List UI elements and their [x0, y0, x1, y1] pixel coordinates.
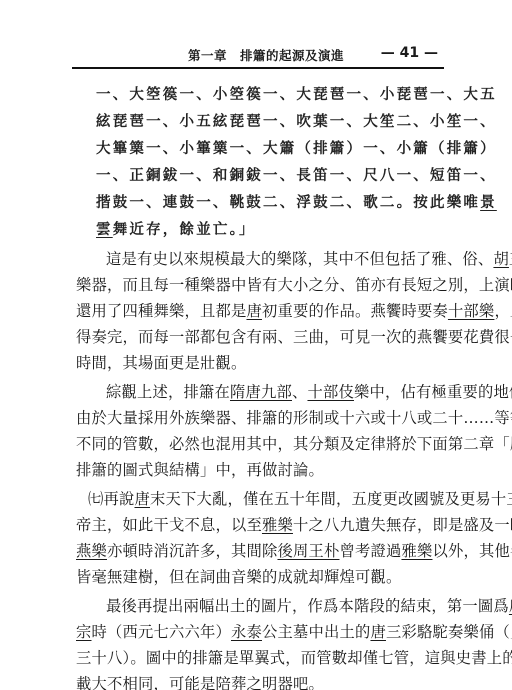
chapter-title: 第一章 排簫的起源及演進 [188, 46, 344, 64]
p3-line-1: ㈦再說唐末天下大亂，僅在五十年間，五度更改國號及更易十三位 [88, 487, 512, 509]
underlined-term: 雅樂 [262, 516, 293, 534]
p1-line-5: 時間，其場面更是壯觀。 [76, 351, 246, 373]
p3-line-3: 燕樂亦頓時消沉許多，其間除後周王朴曾考證過雅樂以外，其他各國 [76, 539, 512, 561]
page-number: — 41 — [381, 45, 438, 61]
underlined-term: 景 [480, 194, 497, 211]
quote-line-1: 一、大箜篌一、小箜篌一、大琵琶一、小琵琶一、大五 [96, 83, 497, 104]
underlined-term: 燕樂 [76, 542, 107, 560]
header-rule [72, 67, 444, 69]
p3-line-4: 皆毫無建樹，但在詞曲音樂的成就却輝煌可觀。 [76, 565, 401, 587]
underlined-term: 雅樂 [401, 542, 432, 560]
p1-line-3: 還用了四種舞樂，且都是唐初重要的作品。燕饗時要奏十部樂，且都 [76, 299, 512, 321]
underlined-term: 隋唐九部 [230, 383, 292, 401]
p4-line-2: 宗時（西元七六六年）永泰公主墓中出土的唐三彩駱駝奏樂俑（見圖 [76, 620, 512, 642]
underlined-term: 後周 [277, 542, 308, 560]
underlined-term: 唐 [135, 490, 151, 508]
quote-line-4: 一、正銅鈸一、和銅鈸一、長笛一、尺八一、短笛一、 [96, 164, 497, 185]
p2-line-2: 由於大量採用外族樂器、排簫的形制或十六或十八或二十……等等 [76, 406, 512, 428]
p1-line-2: 樂器，而且每一種樂器中皆有大小之分、笛亦有長短之別，上演時， [76, 273, 512, 295]
underlined-term: 雲 [96, 221, 113, 238]
quote-line-3: 大篳篥一、小篳篥一、大簫（排簫）一、小簫（排簫） [96, 137, 497, 158]
p4-line-4: 載大不相同，可能是陪葬之明器吧。 [76, 672, 324, 690]
underlined-term: 宗 [76, 623, 92, 641]
running-header: 第一章 排簫的起源及演進 — 41 — [72, 46, 444, 64]
p4-line-3: 三十八）。圖中的排簫是單翼式，而管數却僅七管，這與史書上的記 [76, 646, 512, 668]
quote-line-5: 揩鼓一、連鼓一、鞉鼓二、浮鼓二、歌二。按此樂唯景 [96, 191, 497, 212]
underlined-term: 胡 [493, 250, 509, 268]
underlined-term: 十部樂 [448, 302, 495, 320]
underlined-term: 永泰 [231, 623, 262, 641]
underlined-term: 十部伎 [307, 383, 354, 401]
p2-line-4: 排簫的圖式與結構」中，再做討論。 [76, 458, 324, 480]
p2-line-3: 不同的管數，必然也混用其中，其分類及定律將於下面第二章「歷代 [76, 432, 512, 454]
quote-line-2: 絃琵琶一、小五絃琵琶一、吹葉一、大笙二、小笙一、 [96, 110, 497, 131]
p1-line-4: 得奏完，而每一部都包含有兩、三曲，可見一次的燕饗要花費很長的 [76, 325, 512, 347]
p4-line-1: 最後再提出兩幅出土的圖片，作爲本階段的結束，第一圖爲唐代 [106, 594, 512, 616]
quote-line-6: 雲舞近存，餘並亡。」 [96, 218, 256, 239]
underlined-term: 唐 [246, 302, 262, 320]
underlined-term: 王朴 [308, 542, 339, 560]
p1-line-1: 這是有史以來規模最大的樂隊，其中不但包括了雅、俗、胡三類 [106, 247, 512, 269]
underlined-term: 唐 [370, 623, 386, 641]
p3-line-2: 帝主，如此干戈不息，以至雅樂十之八九遺失無存，即是盛及一時的 [76, 513, 512, 535]
p2-line-1: 綜觀上述，排簫在隋唐九部、十部伎樂中，佔有極重要的地位， [106, 380, 512, 402]
